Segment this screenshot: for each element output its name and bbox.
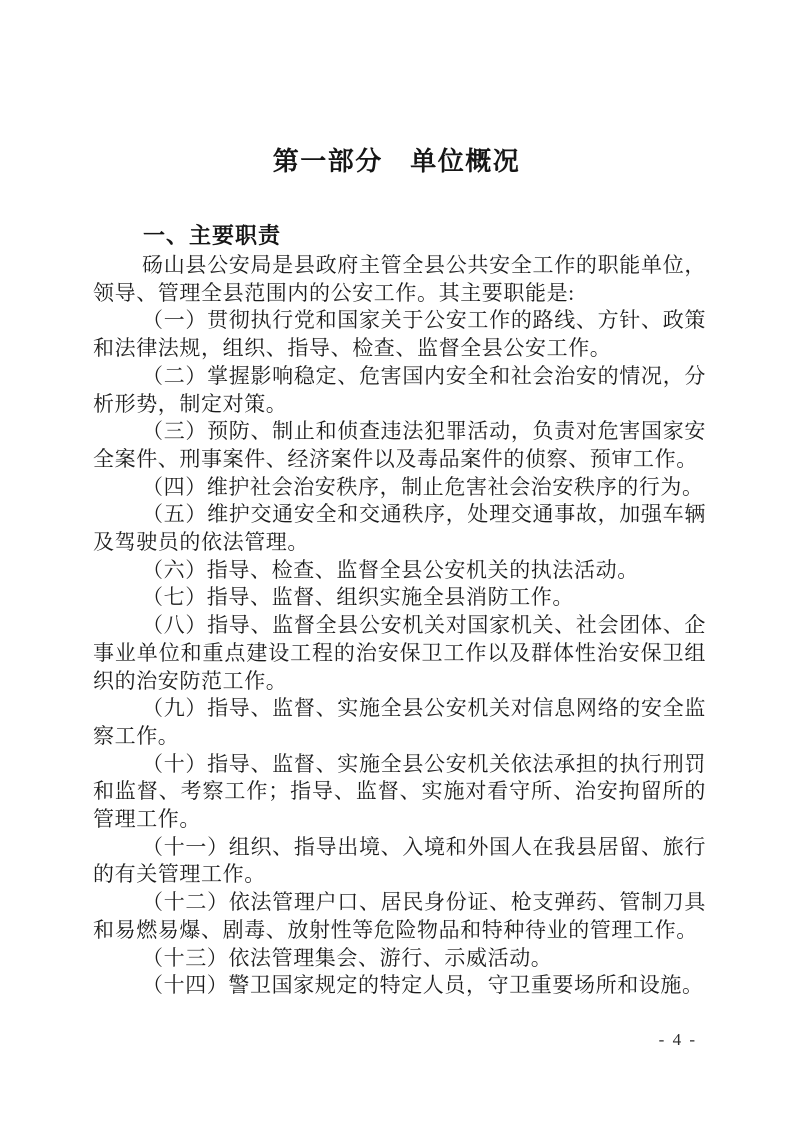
doc-title: 第一部分 单位概况 — [0, 141, 793, 178]
paragraph-item-5: （五）维护交通安全和交通秩序，处理交通事故，加强车辆及驾驶员的依法管理。 — [93, 501, 706, 556]
paragraph-item-6: （六）指导、检查、监督全县公安机关的执法活动。 — [93, 557, 706, 585]
doc-body: 一、主要职责 砀山县公安局是县政府主管全县公共安全工作的职能单位，领导、管理全县… — [93, 220, 706, 1000]
paragraph-item-9: （九）指导、监督、实施全县公安机关对信息网络的安全监察工作。 — [93, 695, 706, 750]
paragraph-item-13: （十三）依法管理集会、游行、示威活动。 — [93, 945, 706, 973]
page-number: - 4 - — [659, 1030, 697, 1050]
paragraph-item-7: （七）指导、监督、组织实施全县消防工作。 — [93, 584, 706, 612]
document-page: 第一部分 单位概况 一、主要职责 砀山县公安局是县政府主管全县公共安全工作的职能… — [0, 0, 793, 1122]
paragraph-item-1: （一）贯彻执行党和国家关于公安工作的路线、方针、政策和法律法规，组织、指导、检查… — [93, 307, 706, 362]
paragraph-item-12: （十二）依法管理户口、居民身份证、枪支弹药、管制刀具和易燃易爆、剧毒、放射性等危… — [93, 889, 706, 944]
section-heading: 一、主要职责 — [93, 220, 706, 251]
paragraph-intro: 砀山县公安局是县政府主管全县公共安全工作的职能单位，领导、管理全县范围内的公安工… — [93, 252, 706, 307]
paragraph-item-4: （四）维护社会治安秩序，制止危害社会治安秩序的行为。 — [93, 474, 706, 502]
paragraph-item-2: （二）掌握影响稳定、危害国内安全和社会治安的情况，分析形势，制定对策。 — [93, 363, 706, 418]
paragraph-item-11: （十一）组织、指导出境、入境和外国人在我县居留、旅行的有关管理工作。 — [93, 834, 706, 889]
paragraph-item-3: （三）预防、制止和侦查违法犯罪活动，负责对危害国家安全案件、刑事案件、经济案件以… — [93, 418, 706, 473]
paragraph-item-8: （八）指导、监督全县公安机关对国家机关、社会团体、企事业单位和重点建设工程的治安… — [93, 612, 706, 695]
paragraph-item-14: （十四）警卫国家规定的特定人员，守卫重要场所和设施。 — [93, 972, 706, 1000]
paragraph-item-10: （十）指导、监督、实施全县公安机关依法承担的执行刑罚和监督、考察工作；指导、监督… — [93, 751, 706, 834]
